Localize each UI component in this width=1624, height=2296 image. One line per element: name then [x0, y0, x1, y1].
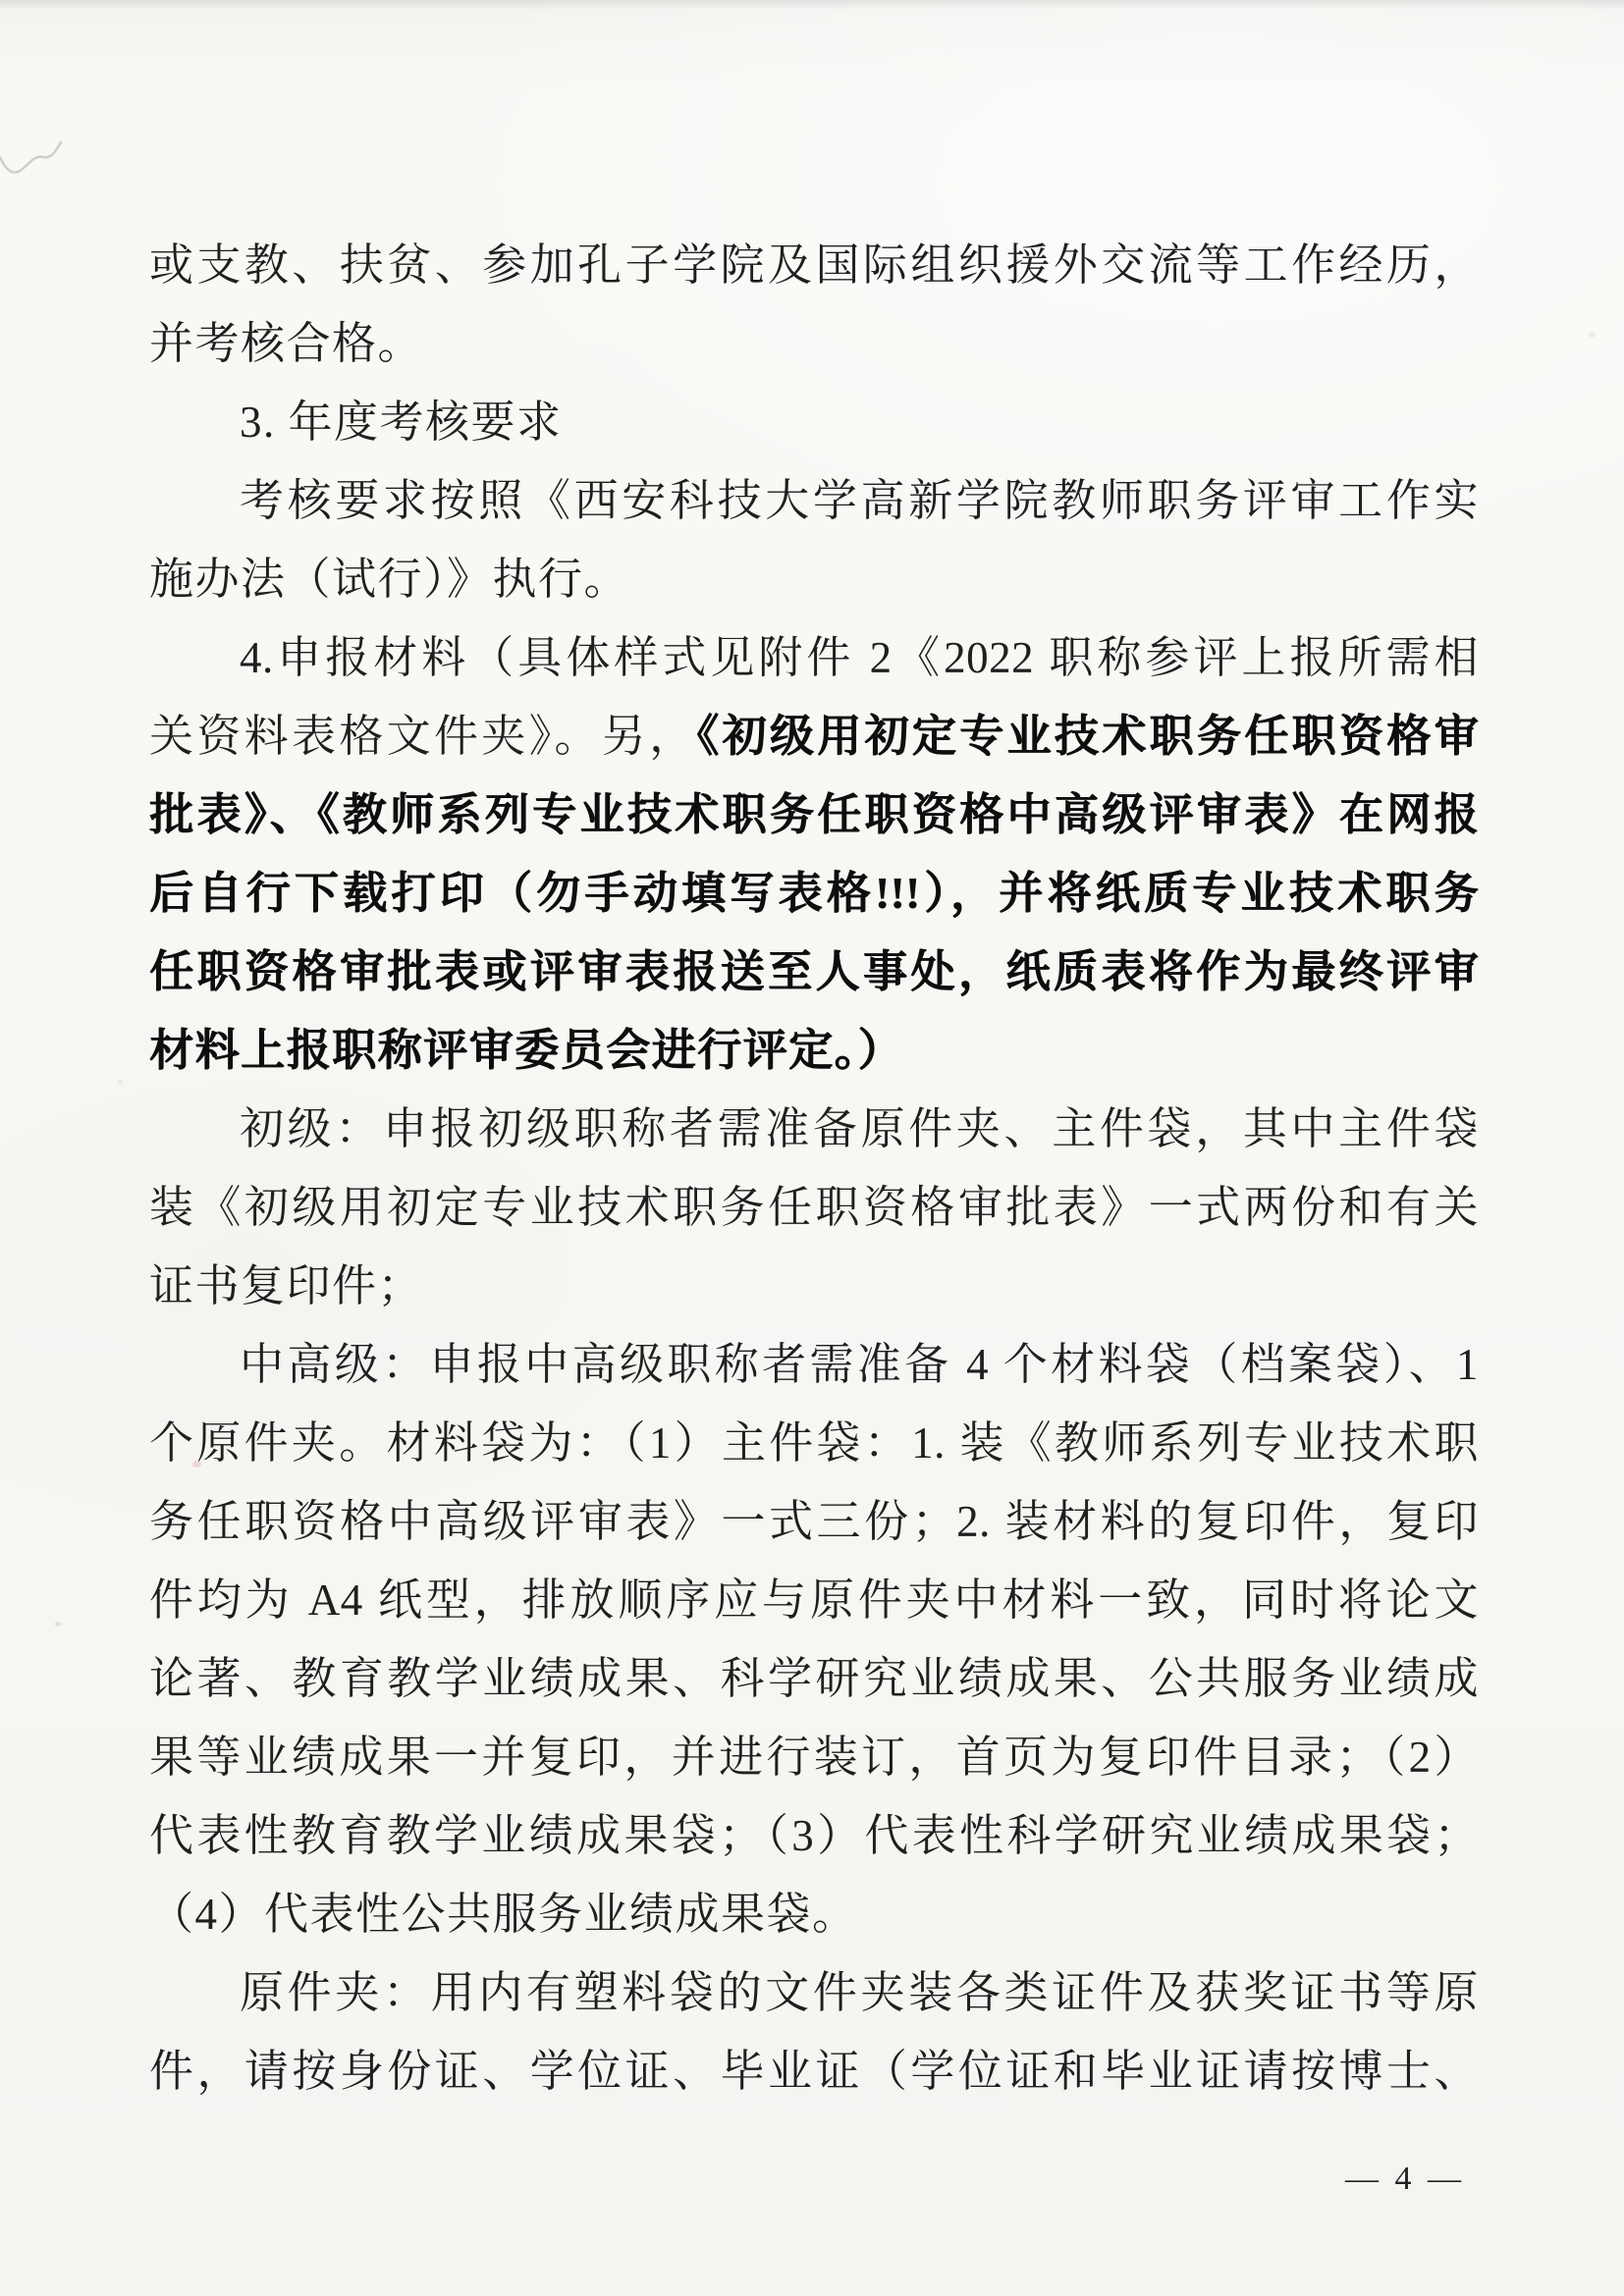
text-line: 代表性教育教学业绩成果袋；（3）代表性科学研究业绩成果袋；	[149, 1796, 1479, 1875]
text-segment: 施办法（试行）》执行。	[149, 555, 629, 604]
text-segment-bold: 后自行下载打印（勿手动填写表格!!!），并将纸质专业技术职务	[149, 869, 1479, 918]
text-segment-bold: 材料上报职称评审委员会进行评定。）	[149, 1026, 903, 1075]
text-segment: 原件夹：用内有塑料袋的文件夹装各类证件及获奖证书等原	[240, 1968, 1479, 2017]
text-line: 并考核合格。	[149, 304, 1479, 383]
text-segment-bold: 《初级用初定专业技术职务任职资格审	[697, 712, 1479, 761]
text-segment: 或支教、扶贫、参加孔子学院及国际组织援外交流等工作经历，	[149, 240, 1479, 290]
pen-squiggle-mark	[0, 126, 88, 194]
text-segment-bold: 批表》、《教师系列专业技术职务任职资格中高级评审表》在网报	[149, 790, 1479, 839]
text-line: 件，请按身份证、学位证、毕业证（学位证和毕业证请按博士、	[149, 2032, 1479, 2110]
text-line: 初级：申报初级职称者需准备原件夹、主件袋，其中主件袋	[149, 1090, 1479, 1168]
text-segment: 初级：申报初级职称者需准备原件夹、主件袋，其中主件袋	[240, 1104, 1479, 1153]
text-line: 3. 年度考核要求	[149, 383, 1479, 461]
text-line: 装《初级用初定专业技术职务任职资格审批表》一式两份和有关	[149, 1168, 1479, 1247]
text-line: 考核要求按照《西安科技大学高新学院教师职务评审工作实	[149, 461, 1479, 540]
text-line: 论著、教育教学业绩成果、科学研究业绩成果、公共服务业绩成	[149, 1639, 1479, 1718]
text-line: 任职资格审批表或评审表报送至人事处，纸质表将作为最终评审	[149, 933, 1479, 1011]
page-number: — 4 —	[1345, 2161, 1465, 2198]
text-segment: 考核要求按照《西安科技大学高新学院教师职务评审工作实	[240, 476, 1479, 525]
text-segment: 件均为 A4 纸型，排放顺序应与原件夹中材料一致，同时将论文	[149, 1575, 1479, 1625]
text-segment: 果等业绩成果一并复印，并进行装订，首页为复印件目录；（2）	[149, 1733, 1479, 1782]
text-line: 施办法（试行）》执行。	[149, 540, 1479, 618]
document-page: 或支教、扶贫、参加孔子学院及国际组织援外交流等工作经历，并考核合格。3. 年度考…	[0, 0, 1624, 2296]
text-segment-bold: 任职资格审批表或评审表报送至人事处，纸质表将作为最终评审	[149, 947, 1479, 996]
text-segment: 中高级：申报中高级职称者需准备 4 个材料袋（档案袋）、1	[240, 1340, 1479, 1389]
text-segment: 件，请按身份证、学位证、毕业证（学位证和毕业证请按博士、	[149, 2047, 1479, 2096]
text-line: 果等业绩成果一并复印，并进行装订，首页为复印件目录；（2）	[149, 1718, 1479, 1796]
text-line: 证书复印件；	[149, 1247, 1479, 1325]
text-segment: 务任职资格中高级评审表》一式三份；2. 装材料的复印件，复印	[149, 1497, 1479, 1546]
text-line: 原件夹：用内有塑料袋的文件夹装各类证件及获奖证书等原	[149, 1953, 1479, 2032]
text-segment: 证书复印件；	[149, 1261, 423, 1310]
text-line: 后自行下载打印（勿手动填写表格!!!），并将纸质专业技术职务	[149, 854, 1479, 933]
text-line: 批表》、《教师系列专业技术职务任职资格中高级评审表》在网报	[149, 775, 1479, 854]
text-segment: 3. 年度考核要求	[240, 398, 563, 447]
text-segment: 4.申报材料（具体样式见附件 2《2022 职称参评上报所需相	[240, 633, 1479, 682]
text-segment: 装《初级用初定专业技术职务任职资格审批表》一式两份和有关	[149, 1183, 1479, 1232]
scan-speck	[1589, 332, 1596, 338]
scan-top-shadow	[0, 0, 1624, 10]
text-line: 或支教、扶贫、参加孔子学院及国际组织援外交流等工作经历，	[149, 226, 1479, 304]
text-line: 件均为 A4 纸型，排放顺序应与原件夹中材料一致，同时将论文	[149, 1561, 1479, 1639]
text-line: 4.申报材料（具体样式见附件 2《2022 职称参评上报所需相	[149, 618, 1479, 697]
text-segment: （4）代表性公共服务业绩成果袋。	[149, 1890, 858, 1939]
text-segment: 代表性教育教学业绩成果袋；（3）代表性科学研究业绩成果袋；	[149, 1811, 1479, 1860]
text-line: （4）代表性公共服务业绩成果袋。	[149, 1875, 1479, 1953]
text-segment: 论著、教育教学业绩成果、科学研究业绩成果、公共服务业绩成	[149, 1654, 1479, 1703]
text-line: 材料上报职称评审委员会进行评定。）	[149, 1011, 1479, 1090]
text-line: 中高级：申报中高级职称者需准备 4 个材料袋（档案袋）、1	[149, 1325, 1479, 1404]
text-segment: 个原件夹。材料袋为：（1）主件袋：1. 装《教师系列专业技术职	[149, 1418, 1479, 1468]
text-line: 关资料表格文件夹》。另，《初级用初定专业技术职务任职资格审	[149, 697, 1479, 775]
scan-speck	[55, 1622, 61, 1627]
text-line: 个原件夹。材料袋为：（1）主件袋：1. 装《教师系列专业技术职	[149, 1404, 1479, 1482]
text-segment: 关资料表格文件夹》。另，	[149, 712, 697, 761]
scan-speck	[118, 1080, 123, 1085]
text-segment: 并考核合格。	[149, 319, 423, 368]
text-line: 务任职资格中高级评审表》一式三份；2. 装材料的复印件，复印	[149, 1482, 1479, 1561]
document-body: 或支教、扶贫、参加孔子学院及国际组织援外交流等工作经历，并考核合格。3. 年度考…	[149, 226, 1479, 2110]
